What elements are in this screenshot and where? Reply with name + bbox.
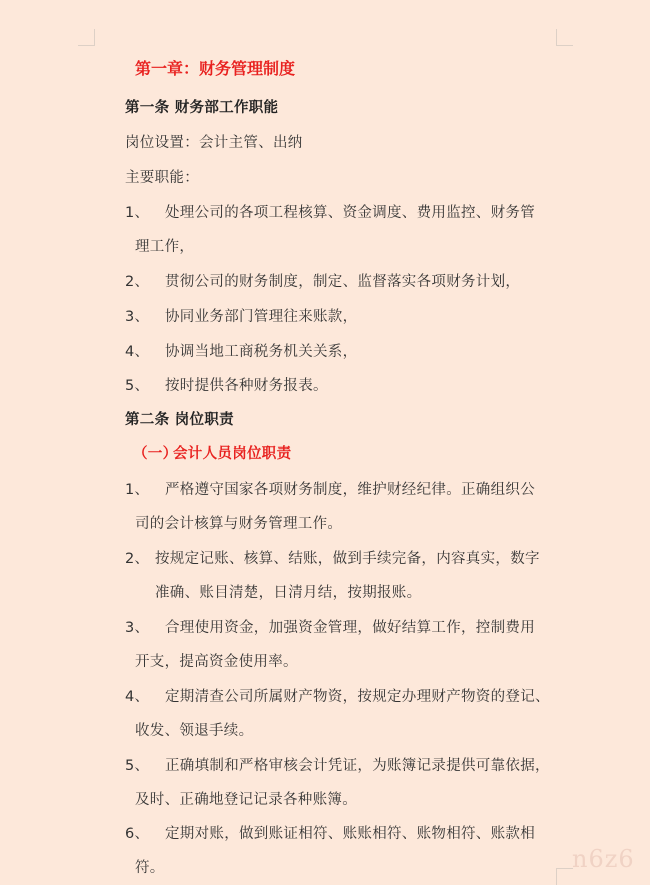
item-number: 6、 <box>125 822 165 843</box>
page-corner-mark-top-left <box>78 29 95 46</box>
item-number: 2、 <box>125 547 155 568</box>
item-number: 1、 <box>125 201 165 222</box>
subsection-number: （一） <box>133 442 173 463</box>
item-number: 5、 <box>125 754 165 775</box>
list-item: 1、严格遵守国家各项财务制度，维护财经纪律。正确组织公 <box>125 478 535 499</box>
item-number: 4、 <box>125 340 165 361</box>
item-text: 定期清查公司所属财产物资，按规定办理财产物资的登记、 <box>165 689 550 705</box>
item-text: 贯彻公司的财务制度，制定、监督落实各项财务计划， <box>165 274 520 290</box>
item-text: 定期对账，做到账证相符、账账相符、账物相符、账款相 <box>165 826 535 842</box>
list-item: 2、贯彻公司的财务制度，制定、监督落实各项财务计划， <box>125 270 520 291</box>
item-number: 3、 <box>125 616 165 637</box>
positions-text: 岗位设置：会计主管、出纳 <box>125 131 303 152</box>
list-item: 5、正确填制和严格审核会计凭证，为账簿记录提供可靠依据， <box>125 754 550 775</box>
list-item: 4、协调当地工商税务机关关系， <box>125 340 357 361</box>
list-item: 1、处理公司的各项工程核算、资金调度、费用监控、财务管 <box>125 201 535 222</box>
list-item: 2、按规定记账、核算、结账，做到手续完备，内容真实，数字 <box>125 547 540 568</box>
list-item-continuation: 准确、账目清楚，日清月结，按期报账。 <box>155 581 421 602</box>
article2-heading: 第二条 岗位职责 <box>125 408 234 429</box>
item-text: 正确填制和严格审核会计凭证，为账簿记录提供可靠依据， <box>165 758 550 774</box>
page-corner-mark-top-right <box>556 29 573 46</box>
list-item-continuation: 开支，提高资金使用率。 <box>135 650 298 671</box>
item-text: 严格遵守国家各项财务制度，维护财经纪律。正确组织公 <box>165 482 535 498</box>
duties-label: 主要职能： <box>125 166 199 187</box>
list-item: 5、按时提供各种财务报表。 <box>125 374 328 395</box>
list-item-continuation: 及时、正确地登记记录各种账簿。 <box>135 788 357 809</box>
watermark: n6z6 <box>572 845 635 873</box>
list-item-continuation: 收发、领退手续。 <box>135 719 253 740</box>
list-item-continuation: 符。 <box>135 856 165 877</box>
list-item-continuation: 理工作， <box>135 235 194 256</box>
list-item: 4、定期清查公司所属财产物资，按规定办理财产物资的登记、 <box>125 685 550 706</box>
list-item: 3、协同业务部门管理往来账款， <box>125 305 357 326</box>
subsection-label: 会计人员岗位职责 <box>173 446 291 462</box>
subsection-heading: （一）会计人员岗位职责 <box>133 442 291 463</box>
item-text: 协调当地工商税务机关关系， <box>165 344 357 360</box>
item-number: 5、 <box>125 374 165 395</box>
chapter-title: 第一章：财务管理制度 <box>0 56 430 79</box>
page-corner-mark-bottom-right <box>556 868 573 885</box>
item-number: 4、 <box>125 685 165 706</box>
item-text: 按规定记账、核算、结账，做到手续完备，内容真实，数字 <box>155 551 540 567</box>
list-item: 6、定期对账，做到账证相符、账账相符、账物相符、账款相 <box>125 822 535 843</box>
item-number: 1、 <box>125 478 165 499</box>
item-text: 按时提供各种财务报表。 <box>165 378 328 394</box>
list-item-continuation: 司的会计核算与财务管理工作。 <box>135 512 342 533</box>
item-text: 处理公司的各项工程核算、资金调度、费用监控、财务管 <box>165 205 535 221</box>
item-text: 合理使用资金，加强资金管理，做好结算工作，控制费用 <box>165 620 535 636</box>
article1-heading: 第一条 财务部工作职能 <box>125 96 278 117</box>
list-item: 3、合理使用资金，加强资金管理，做好结算工作，控制费用 <box>125 616 535 637</box>
item-number: 3、 <box>125 305 165 326</box>
item-text: 协同业务部门管理往来账款， <box>165 309 357 325</box>
item-number: 2、 <box>125 270 165 291</box>
